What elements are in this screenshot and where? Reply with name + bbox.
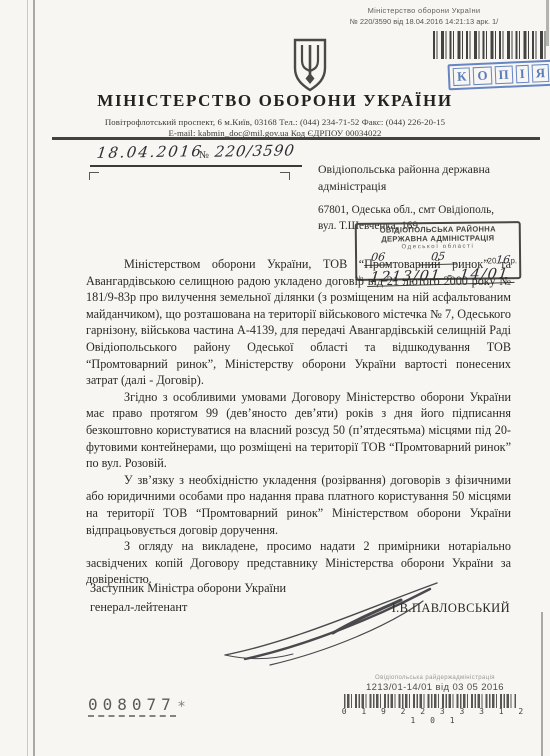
registration-org: Міністерство оборони України xyxy=(300,6,548,15)
footer-stamp-reference: 1213/01-14/01 від 03 05 2016 xyxy=(340,682,530,693)
scanned-letter-page: Міністерство оборони України № 220/3590 … xyxy=(0,0,550,756)
outgoing-number-handwritten: 220/3590 xyxy=(214,141,296,160)
outgoing-date-handwritten: 18.04.2016 xyxy=(96,142,204,162)
letterhead-divider xyxy=(52,137,540,140)
year-suffix: р. xyxy=(510,256,517,265)
registration-barcode xyxy=(433,31,547,59)
registration-header: Міністерство оборони України № 220/3590 … xyxy=(300,6,548,26)
date-underline xyxy=(90,165,212,167)
ukraine-trident-emblem-icon xyxy=(288,38,332,94)
address-zone-corner-left xyxy=(89,172,99,180)
scan-artifact-right-line xyxy=(541,612,543,756)
registration-number-line: № 220/3590 від 18.04.2016 14:21:13 арк. … xyxy=(300,17,548,26)
signer-name: І.В.ПАВЛОВСЬКИЙ xyxy=(378,601,510,616)
footer-barcode-digits: 0 1 9 2 2 3 3 3 1 2 1 0 1 xyxy=(340,707,530,725)
recipient-name: Овідіопольська районна державна xyxy=(318,161,523,178)
ministry-title: МІНІСТЕРСТВО ОБОРОНИ УКРАЇНИ xyxy=(55,91,495,111)
scan-artifact-left-line xyxy=(33,0,35,756)
copy-stamp-letter: О xyxy=(473,66,492,85)
form-serial-number: 008077 xyxy=(88,695,176,717)
address-zone-corner-right xyxy=(280,172,290,180)
copy-stamp-letter: І xyxy=(515,65,529,84)
letterhead-address: Повітрофлотський проспект, 6 м.Київ, 031… xyxy=(55,117,495,127)
paragraph: Міністерством оборони України, ТОВ “Пром… xyxy=(86,256,511,389)
paragraph: Згідно з особливими умовами Договору Мін… xyxy=(86,389,511,472)
copy-stamp: К О П І Я xyxy=(447,60,550,91)
paragraph: У зв’язку з необхідністю укладення (розі… xyxy=(86,472,511,538)
number-sign: № xyxy=(199,150,209,161)
received-stamp-org: ОВІДІОПОЛЬСЬКА РАЙОННА ДЕРЖАВНА АДМІНІСТ… xyxy=(357,225,519,244)
form-serial-mark: * xyxy=(178,699,185,715)
footer-stamp-org-faint: Овідіопольська райдержадміністрація xyxy=(345,675,525,681)
number-underline xyxy=(210,165,302,167)
copy-stamp-letter: П xyxy=(494,66,513,85)
footer-barcode xyxy=(344,694,516,708)
copy-stamp-letter: Я xyxy=(531,64,549,83)
letter-body: Міністерством оборони України, ТОВ “Пром… xyxy=(86,256,511,588)
copy-stamp-letter: К xyxy=(453,67,471,86)
scan-artifact-left-line xyxy=(27,0,28,756)
recipient-name: адміністрація xyxy=(318,178,523,195)
handwritten-signature xyxy=(215,575,445,670)
recipient-address: 67801, Одеська обл., смт Овідіополь, xyxy=(318,202,523,218)
